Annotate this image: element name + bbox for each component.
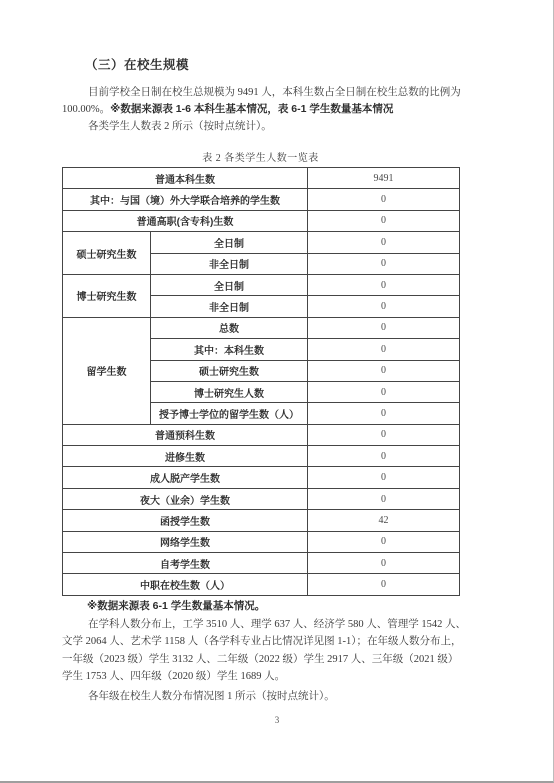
paragraph-1-line-2-normal: 100.00%。 (62, 104, 110, 115)
student-numbers-table: 普通本科生数9491其中：与国（境）外大学联合培养的学生数0普通高职(含专科)生… (62, 167, 460, 596)
table-row: 中职在校生数（人）0 (63, 574, 460, 595)
row-value-cell: 0 (308, 274, 460, 295)
table-row: 普通本科生数9491 (63, 168, 460, 189)
table-row: 普通预科生数0 (63, 424, 460, 445)
row-value-cell: 42 (308, 510, 460, 531)
paragraph-2-line-4: 学生 1753 人、四年级（2020 级）学生 1689 人。 (62, 668, 285, 683)
row-label-cell: 授予博士学位的留学生数（人） (151, 403, 308, 424)
row-label-cell: 普通预科生数 (63, 424, 308, 445)
table-caption: 表 2 各类学生人数一览表 (62, 149, 459, 164)
row-value-cell: 9491 (308, 168, 460, 189)
row-value-cell: 0 (308, 381, 460, 402)
row-value-cell: 0 (308, 210, 460, 231)
table-row: 普通高职(含专科)生数0 (63, 210, 460, 231)
row-value-cell: 0 (308, 531, 460, 552)
row-value-cell: 0 (308, 296, 460, 317)
row-value-cell: 0 (308, 424, 460, 445)
row-label-cell: 普通高职(含专科)生数 (63, 210, 308, 231)
table-row: 硕士研究生数全日制0 (63, 232, 460, 253)
row-label-cell: 硕士研究生数 (151, 360, 308, 381)
row-value-cell: 0 (308, 339, 460, 360)
row-label-cell: 夜大（业余）学生数 (63, 488, 308, 509)
row-value-cell: 0 (308, 189, 460, 210)
row-group-cell: 留学生数 (63, 317, 151, 424)
row-group-cell: 硕士研究生数 (63, 232, 151, 275)
page-number: 3 (0, 715, 554, 725)
data-source-note-2: ※数据来源表 6-1 学生数量基本情况。 (87, 598, 265, 613)
table-row: 夜大（业余）学生数0 (63, 488, 460, 509)
row-value-cell: 0 (308, 488, 460, 509)
row-value-cell: 0 (308, 553, 460, 574)
row-value-cell: 0 (308, 253, 460, 274)
paragraph-1-line-1: 目前学校全日制在校生总规模为 9491 人，本科生数占全日制在校生总数的比例为 (88, 84, 461, 99)
row-value-cell: 0 (308, 467, 460, 488)
table-row: 博士研究生数全日制0 (63, 274, 460, 295)
row-label-cell: 网络学生数 (63, 531, 308, 552)
row-label-cell: 非全日制 (151, 253, 308, 274)
paragraph-2-line-2: 文学 2064 人、艺术学 1158 人（各学科专业占比情况详见图 1-1）；在… (62, 633, 461, 648)
row-label-cell: 全日制 (151, 232, 308, 253)
data-source-note-1: ※数据来源表 1-6 本科生基本情况，表 6-1 学生数量基本情况 (110, 103, 393, 115)
paragraph-2-line-1: 在学科人数分布上，工学 3510 人、理学 637 人、经济学 580 人、管理… (88, 616, 466, 631)
row-label-cell: 函授学生数 (63, 510, 308, 531)
table-row: 成人脱产学生数0 (63, 467, 460, 488)
row-group-cell: 博士研究生数 (63, 274, 151, 317)
paragraph-2-line-3: 一年级（2023 级）学生 3132 人、二年级（2022 级）学生 2917 … (62, 651, 458, 666)
row-label-cell: 非全日制 (151, 296, 308, 317)
row-label-cell: 其中：本科生数 (151, 339, 308, 360)
table-row: 其中：与国（境）外大学联合培养的学生数0 (63, 189, 460, 210)
row-label-cell: 博士研究生人数 (151, 381, 308, 402)
table-row: 函授学生数42 (63, 510, 460, 531)
table-row: 进修生数0 (63, 446, 460, 467)
row-label-cell: 总数 (151, 317, 308, 338)
row-label-cell: 中职在校生数（人） (63, 574, 308, 595)
row-label-cell: 其中：与国（境）外大学联合培养的学生数 (63, 189, 308, 210)
table-row: 网络学生数0 (63, 531, 460, 552)
row-value-cell: 0 (308, 232, 460, 253)
paragraph-3: 各年级在校生人数分布情况图 1 所示（按时点统计）。 (88, 688, 335, 703)
row-value-cell: 0 (308, 360, 460, 381)
paragraph-1-line-3: 各类学生人数表 2 所示（按时点统计）。 (88, 118, 272, 133)
row-value-cell: 0 (308, 317, 460, 338)
row-label-cell: 成人脱产学生数 (63, 467, 308, 488)
table-row: 留学生数总数0 (63, 317, 460, 338)
row-label-cell: 全日制 (151, 274, 308, 295)
row-label-cell: 进修生数 (63, 446, 308, 467)
document-page: （三）在校生规模 目前学校全日制在校生总规模为 9491 人，本科生数占全日制在… (0, 0, 554, 783)
row-value-cell: 0 (308, 446, 460, 467)
row-label-cell: 普通本科生数 (63, 168, 308, 189)
row-value-cell: 0 (308, 574, 460, 595)
row-value-cell: 0 (308, 403, 460, 424)
row-label-cell: 自考学生数 (63, 553, 308, 574)
section-heading: （三）在校生规模 (85, 55, 189, 73)
paragraph-1-line-2: 100.00%。※数据来源表 1-6 本科生基本情况，表 6-1 学生数量基本情… (62, 101, 393, 116)
table-row: 自考学生数0 (63, 553, 460, 574)
